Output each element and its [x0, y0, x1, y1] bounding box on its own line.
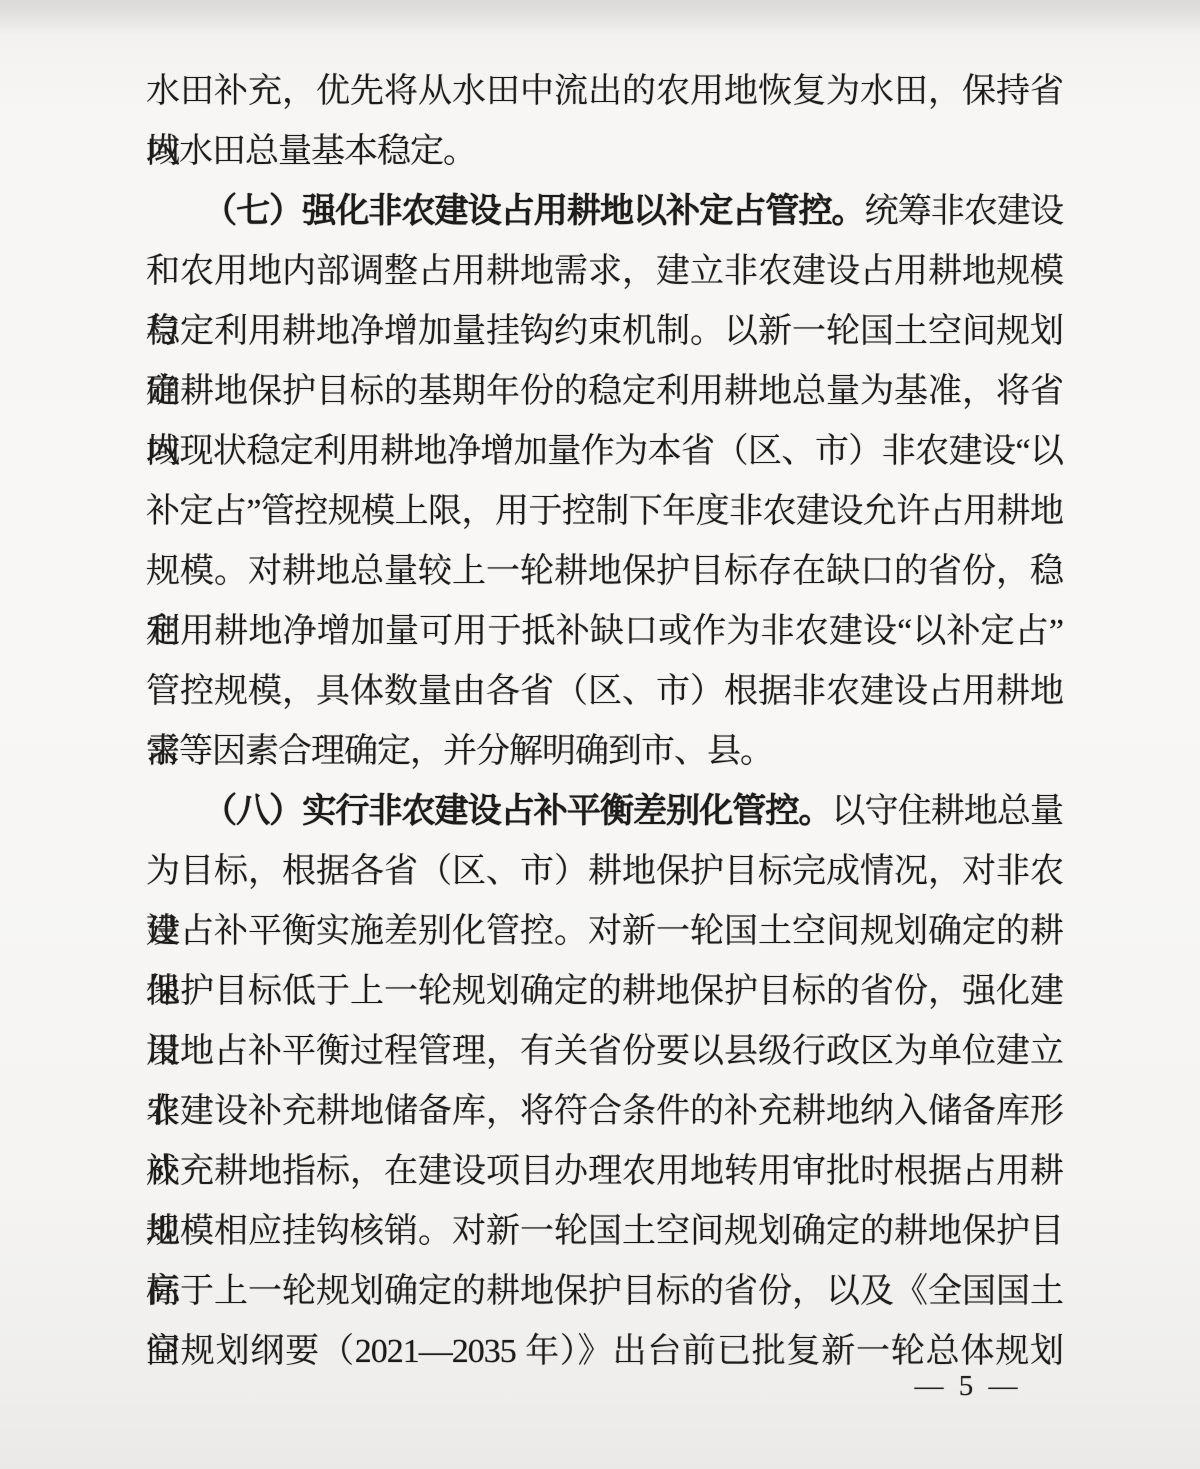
- text-line: 规模。对耕地总量较上一轮耕地保护目标存在缺口的省份，稳定: [146, 542, 1063, 602]
- text-line: 求等因素合理确定，并分解明确到市、县。: [146, 722, 1063, 782]
- text-run-bold: （八）实行非农建设占补平衡差别化管控。: [203, 793, 832, 830]
- text-run: 求等因素合理确定，并分解明确到市、县。: [146, 733, 773, 770]
- text-run: 内现状稳定利用耕地净增加量作为本省（区、市）非农建设“以: [146, 433, 1063, 470]
- text-line: 农建设补充耕地储备库，将符合条件的补充耕地纳入储备库形成: [146, 1082, 1063, 1142]
- text-line: 内水田总量基本稳定。: [146, 122, 1063, 182]
- text-line: 高于上一轮规划确定的耕地保护目标的省份，以及《全国国土空: [146, 1262, 1063, 1322]
- text-run: 利用耕地净增加量可用于抵补缺口或作为非农建设“以补定占”: [146, 613, 1063, 650]
- text-line: （七）强化非农建设占用耕地以补定占管控。统筹非农建设: [146, 182, 1063, 242]
- text-line: 水田补充，优先将从水田中流出的农用地恢复为水田，保持省域: [146, 62, 1063, 122]
- text-run-bold: （七）强化非农建设占用耕地以补定占管控。: [203, 193, 865, 230]
- text-line: 为目标，根据各省（区、市）耕地保护目标完成情况，对非农建: [146, 842, 1063, 902]
- text-line: 补定占”管控规模上限，用于控制下年度非农建设允许占用耕地: [146, 482, 1063, 542]
- page-number: — 5 —: [898, 1366, 1038, 1406]
- text-run: 间规划纲要（2021—2035 年）》出台前已批复新一轮总体规划: [146, 1333, 1063, 1370]
- text-line: 补充耕地指标，在建设项目办理农用地转用审批时根据占用耕地: [146, 1142, 1063, 1202]
- text-line: 规模相应挂钩核销。对新一轮国土空间规划确定的耕地保护目标: [146, 1202, 1063, 1262]
- scanned-document-page: 水田补充，优先将从水田中流出的农用地恢复为水田，保持省域内水田总量基本稳定。（七…: [0, 0, 1200, 1469]
- text-line: 管控规模，具体数量由各省（区、市）根据非农建设占用耕地需: [146, 662, 1063, 722]
- text-run: 补定占”管控规模上限，用于控制下年度非农建设允许占用耕地: [146, 493, 1063, 530]
- text-line: 和农用地内部调整占用耕地需求，建立非农建设占用耕地规模与: [146, 242, 1063, 302]
- text-run: 统筹非农建设: [865, 193, 1063, 230]
- text-line: （八）实行非农建设占补平衡差别化管控。以守住耕地总量: [146, 782, 1063, 842]
- text-line: 稳定利用耕地净增加量挂钩约束机制。以新一轮国土空间规划确: [146, 302, 1063, 362]
- text-run: 内水田总量基本稳定。: [146, 133, 476, 170]
- text-line: 保护目标低于上一轮规划确定的耕地保护目标的省份，强化建设: [146, 962, 1063, 1022]
- text-line: 内现状稳定利用耕地净增加量作为本省（区、市）非农建设“以: [146, 422, 1063, 482]
- text-run: 以守住耕地总量: [832, 793, 1063, 830]
- scan-artifact-band: [0, 0, 1200, 36]
- document-body: 水田补充，优先将从水田中流出的农用地恢复为水田，保持省域内水田总量基本稳定。（七…: [146, 62, 1063, 1382]
- text-line: 定耕地保护目标的基期年份的稳定利用耕地总量为基准，将省域: [146, 362, 1063, 422]
- text-line: 用地占补平衡过程管理，有关省份要以县级行政区为单位建立非: [146, 1022, 1063, 1082]
- text-line: 利用耕地净增加量可用于抵补缺口或作为非农建设“以补定占”: [146, 602, 1063, 662]
- text-line: 设占补平衡实施差别化管控。对新一轮国土空间规划确定的耕地: [146, 902, 1063, 962]
